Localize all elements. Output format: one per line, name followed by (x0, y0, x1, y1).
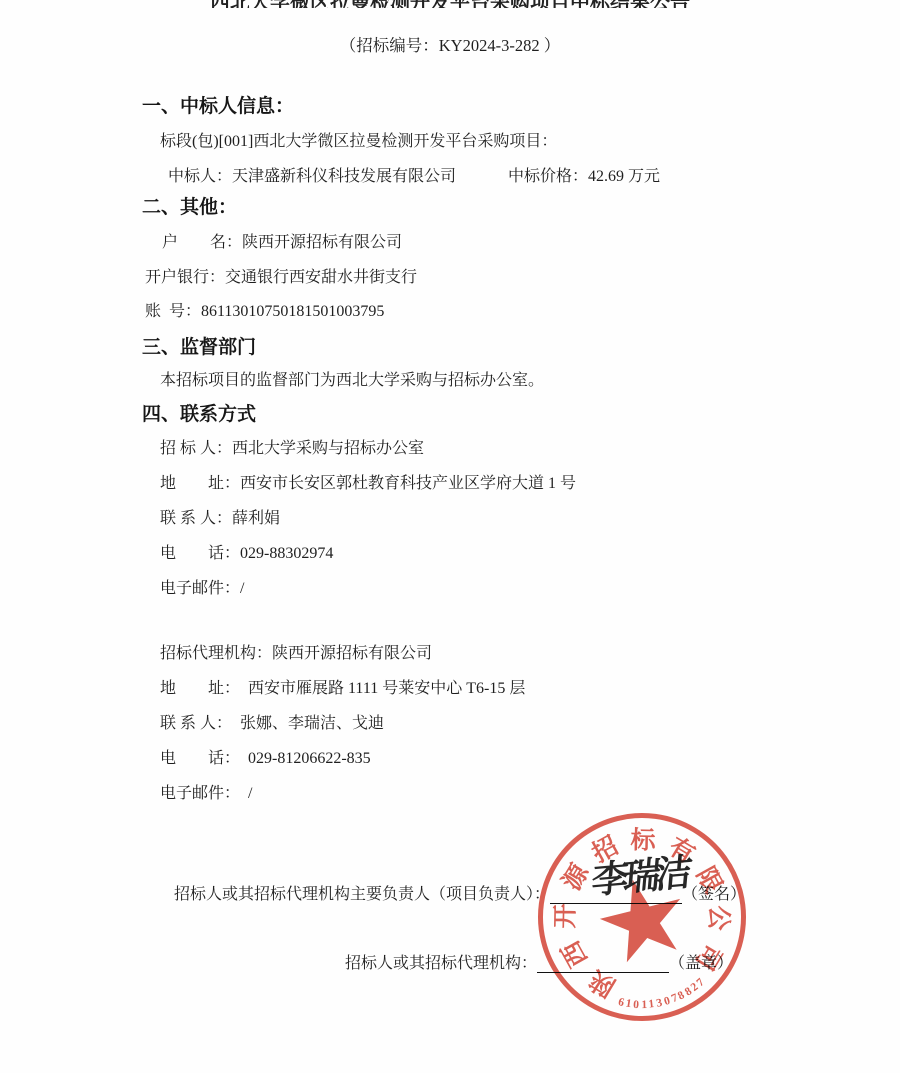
section-2-heading: 二、其他： (142, 197, 237, 219)
agency-address-line: 地 址： 西安市雁展路 1111 号莱安中心 T6-15 层 (160, 679, 525, 699)
section-1-heading: 一、中标人信息： (142, 96, 294, 118)
agency-contact-line: 联 系 人： 张娜、李瑞洁、戈迪 (160, 714, 384, 734)
agency-phone-line: 电 话： 029-81206622-835 (160, 749, 371, 769)
price-line: 中标价格：42.69 万元 (508, 167, 660, 187)
seal-code-text: 610113078827 (514, 789, 720, 840)
bid-number-line: （招标编号：KY2024-3-282 ） (0, 32, 900, 56)
agency-name-line: 招标代理机构：陕西开源招标有限公司 (160, 644, 432, 664)
tenderer-contact-line: 联 系 人：薛利娟 (160, 509, 280, 529)
supervision-body: 本招标项目的监督部门为西北大学采购与招标办公室。 (160, 371, 544, 391)
org-seal-line (537, 956, 669, 973)
document-page: 西北大学微区拉曼检测开发平台采购项目中标结果公告 （招标编号：KY2024-3-… (0, 0, 900, 1073)
tenderer-address-line: 地 址：西安市长安区郭杜教育科技产业区学府大道 1 号 (160, 474, 576, 494)
bank-line: 开户银行：交通银行西安甜水井街支行 (145, 268, 417, 288)
section-3-heading: 三、监督部门 (142, 337, 256, 359)
account-number-line: 账 号：86113010750181501003795 (145, 302, 384, 322)
tenderer-name-line: 招 标 人：西北大学采购与招标办公室 (160, 439, 424, 459)
org-seal-label: 招标人或其招标代理机构： (345, 955, 537, 972)
agency-email-line: 电子邮件： / (160, 784, 252, 804)
leader-signature-suffix: （签名） (682, 886, 746, 903)
tenderer-email-line: 电子邮件：/ (160, 579, 244, 599)
clipped-document-title: 西北大学微区拉曼检测开发平台采购项目中标结果公告 (0, 0, 900, 8)
tenderer-phone-line: 电 话：029-88302974 (160, 544, 333, 564)
clipped-title-text: 西北大学微区拉曼检测开发平台采购项目中标结果公告 (0, 0, 900, 8)
seal-ring (516, 791, 768, 1043)
handwritten-signature: 李瑞洁 (590, 842, 690, 905)
package-line: 标段(包)[001]西北大学微区拉曼检测开发平台采购项目： (160, 132, 557, 152)
company-seal-stamp: ★ 陕西开源招标有限公司 610113078827 (514, 789, 771, 1046)
org-seal-row: 招标人或其招标代理机构：（盖章） (345, 950, 733, 973)
org-seal-suffix: （盖章） (669, 955, 733, 972)
account-name-line: 户 名：陕西开源招标有限公司 (162, 233, 402, 253)
seal-company-text: 陕西开源招标有限公司 (514, 789, 720, 840)
leader-signature-label: 招标人或其招标代理机构主要负责人（项目负责人）： (174, 886, 550, 903)
winner-line: 中标人：天津盛新科仪科技发展有限公司 (168, 167, 456, 187)
section-4-heading: 四、联系方式 (142, 404, 256, 426)
